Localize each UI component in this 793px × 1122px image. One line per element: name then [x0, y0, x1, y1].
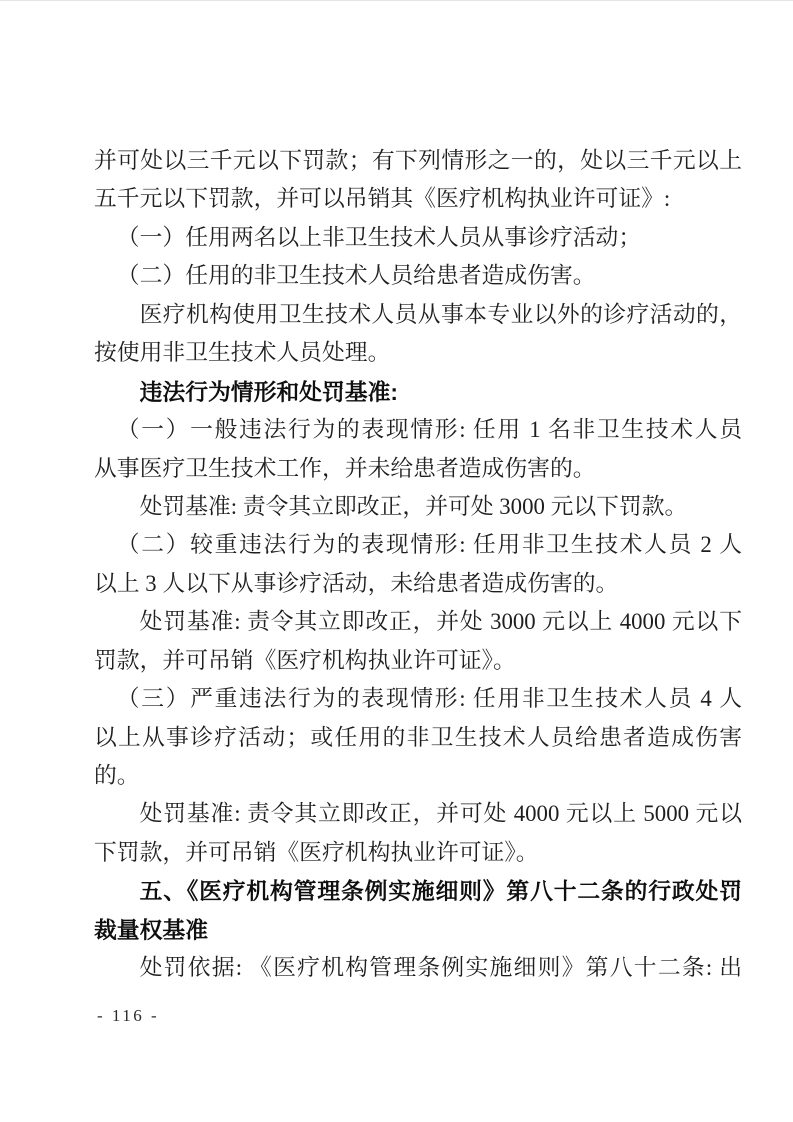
text-line: （二）任用的非卫生技术人员给患者造成伤害。 [94, 257, 742, 295]
document-page: 并可处以三千元以下罚款；有下列情形之一的，处以三千元以上五千元以下罚款，并可以吊… [0, 0, 793, 1122]
heading-line: 五、《医疗机构管理条例实施细则》第八十二条的行政处罚 [94, 872, 742, 910]
text-line: 以上 3 人以下从事诊疗活动，未给患者造成伤害的。 [94, 565, 742, 603]
text-line: 以上从事诊疗活动；或任用的非卫生技术人员给患者造成伤害 [94, 719, 742, 757]
text-line: 罚款，并可吊销《医疗机构执业许可证》。 [94, 642, 742, 680]
text-line: 五千元以下罚款，并可以吊销其《医疗机构执业许可证》: [94, 180, 742, 218]
text-line: 处罚基准: 责令其立即改正，并可处 4000 元以上 5000 元以 [94, 795, 742, 833]
text-line: 下罚款，并可吊销《医疗机构执业许可证》。 [94, 834, 742, 872]
heading-line: 违法行为情形和处罚基准: [94, 373, 742, 411]
text-line: 处罚基准: 责令其立即改正，并可处 3000 元以下罚款。 [94, 488, 742, 526]
text-line: （三）严重违法行为的表现情形: 任用非卫生技术人员 4 人 [94, 680, 742, 718]
text-line: 处罚基准: 责令其立即改正，并处 3000 元以上 4000 元以下 [94, 603, 742, 641]
body-text-block: 并可处以三千元以下罚款；有下列情形之一的，处以三千元以上五千元以下罚款，并可以吊… [94, 142, 742, 988]
text-line: 从事医疗卫生技术工作，并未给患者造成伤害的。 [94, 450, 742, 488]
page-number: - 116 - [97, 1003, 159, 1029]
text-line: （一）任用两名以上非卫生技术人员从事诊疗活动； [94, 219, 742, 257]
text-line: （一）一般违法行为的表现情形: 任用 1 名非卫生技术人员 [94, 411, 742, 449]
text-line: 并可处以三千元以下罚款；有下列情形之一的，处以三千元以上 [94, 142, 742, 180]
text-line: 按使用非卫生技术人员处理。 [94, 334, 742, 372]
text-line: 的。 [94, 757, 742, 795]
page-top-edge [0, 0, 793, 1]
text-line: 处罚依据: 《医疗机构管理条例实施细则》第八十二条: 出 [94, 949, 742, 987]
text-line: 医疗机构使用卫生技术人员从事本专业以外的诊疗活动的， [94, 296, 742, 334]
heading-line: 裁量权基准 [94, 911, 742, 949]
text-line: （二）较重违法行为的表现情形: 任用非卫生技术人员 2 人 [94, 526, 742, 564]
